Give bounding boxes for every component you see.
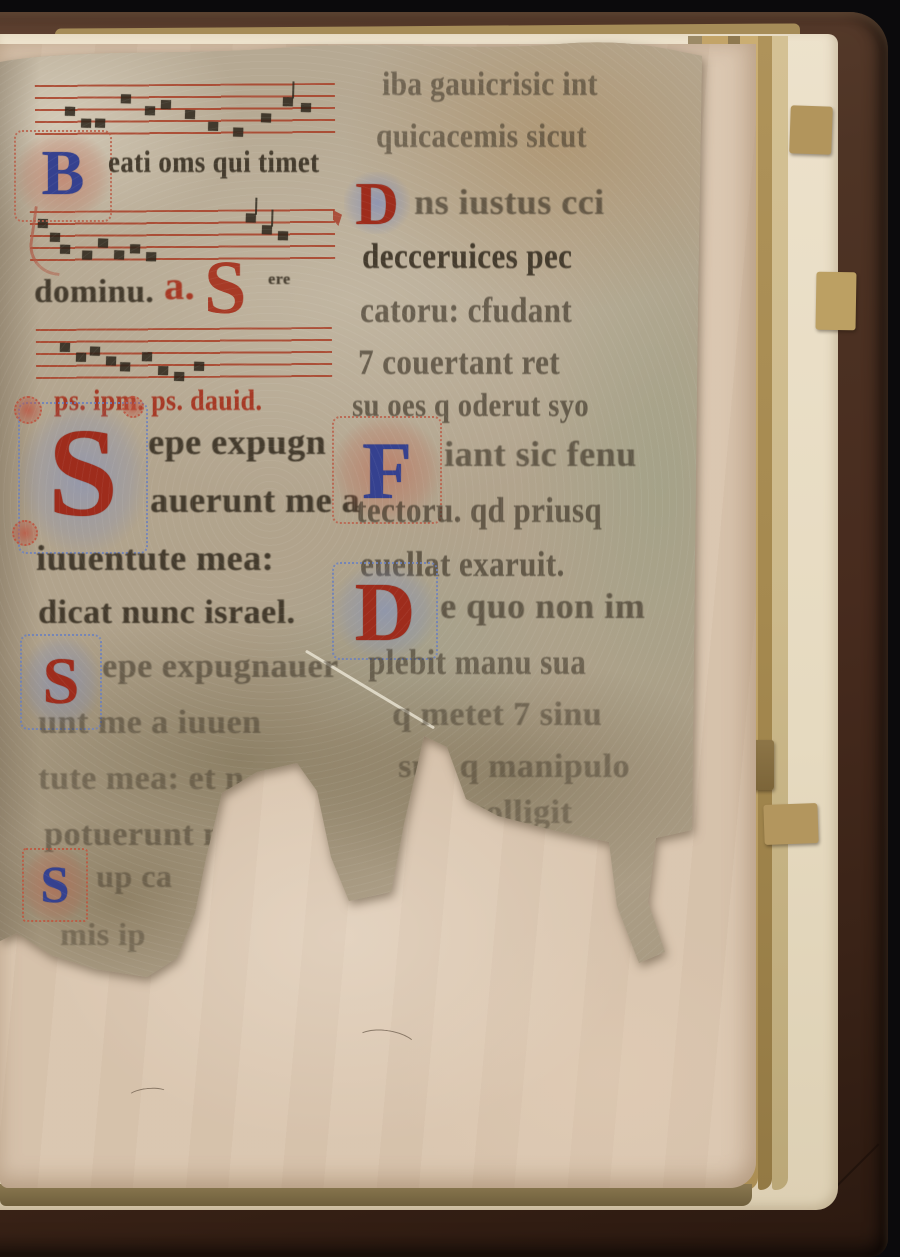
neume-note xyxy=(114,250,124,259)
manuscript-text-line: 7 couertant ret xyxy=(358,344,560,380)
illuminated-initial-S: S xyxy=(24,408,142,548)
parchment-leaf: B eati oms qui timet dominu. a. S ere ps… xyxy=(0,0,900,1257)
manuscript-text-line: decceruices pec xyxy=(362,238,572,274)
neume-note xyxy=(90,346,100,355)
neume-note xyxy=(174,372,184,381)
manuscript-text-line: up ca xyxy=(96,860,172,892)
manuscript-text-line: ere xyxy=(268,272,291,288)
initial-letter: B xyxy=(20,136,106,210)
neume-note xyxy=(65,107,75,116)
initial-letter: D xyxy=(344,170,410,239)
neume-note xyxy=(146,252,156,261)
neume-note xyxy=(246,213,256,222)
neume-note xyxy=(145,106,155,115)
neume-note xyxy=(194,362,204,371)
parchment-leaf-wrap: B eati oms qui timet dominu. a. S ere ps… xyxy=(0,0,900,1257)
neume-note xyxy=(161,100,171,109)
manuscript-text-line: catoru: cfudant xyxy=(360,292,572,328)
neume-note xyxy=(185,110,195,119)
neume-note xyxy=(278,231,288,240)
manuscript-text-line: tute mea: et n xyxy=(38,762,244,796)
manuscript-text-line: epe expugnauer xyxy=(102,650,339,684)
music-staff xyxy=(35,83,335,137)
manuscript-text-line: iba gauicrisic int xyxy=(382,68,598,102)
neume-note xyxy=(208,122,218,131)
manuscript-text-line: mis ip xyxy=(60,918,146,950)
antiphon-mark: a. xyxy=(164,266,195,306)
illuminated-initial-D: D xyxy=(344,172,410,234)
initial-letter: S xyxy=(24,402,142,546)
manuscript-text-line: auerunt me a xyxy=(150,482,360,518)
neume-note xyxy=(261,113,271,122)
neume-note xyxy=(158,366,168,375)
manuscript-text-line: dicat nunc israel. xyxy=(38,596,295,630)
manuscript-text-line: plebit manu sua xyxy=(368,644,586,680)
manuscript-text-line: tectoru. qd priusq xyxy=(356,492,602,528)
neume-note xyxy=(233,127,243,136)
neume-note xyxy=(98,238,108,247)
manuscript-text-line: colligit xyxy=(470,796,572,830)
neume-note xyxy=(81,119,91,128)
initial-letter: S xyxy=(24,856,86,915)
neume-note xyxy=(106,356,116,365)
manuscript-text-line: q metet 7 sinu xyxy=(392,698,602,732)
manuscript-text-line: e quo non im xyxy=(440,588,645,624)
neume-note xyxy=(262,225,272,234)
rubricated-initial-S: S xyxy=(204,250,247,326)
manuscript-text-line: eati oms qui timet xyxy=(108,146,319,177)
manuscript-text-line: epe expugn xyxy=(148,424,326,460)
neume-note xyxy=(120,362,130,371)
neume-note xyxy=(121,94,131,103)
manuscript-text-line: dominu. xyxy=(34,276,154,309)
neume-note xyxy=(76,353,86,362)
music-staff xyxy=(36,327,332,379)
manuscript-text-line: potuerunt m xyxy=(44,818,232,852)
neume-note xyxy=(95,118,105,127)
neume-note xyxy=(60,343,70,352)
manuscript-text-line: suu q manipulo xyxy=(398,750,630,784)
manuscript-text-line: quicacemis sicut xyxy=(376,120,587,154)
manuscript-text-line: iant sic fenu xyxy=(444,436,637,472)
manuscript-text-line: iuuentute mea: xyxy=(36,540,274,576)
neume-note xyxy=(130,244,140,253)
illuminated-initial-S: S xyxy=(22,848,88,922)
neume-note xyxy=(82,251,92,260)
neume-note xyxy=(301,103,311,112)
neume-note xyxy=(142,352,152,361)
manuscript-photo: B eati oms qui timet dominu. a. S ere ps… xyxy=(0,0,900,1257)
neume-note xyxy=(283,97,293,106)
manuscript-text-line: unt me a iuuen xyxy=(38,706,261,740)
manuscript-text-line: ns iustus cci xyxy=(414,184,605,220)
illuminated-initial-B: B xyxy=(20,136,106,216)
